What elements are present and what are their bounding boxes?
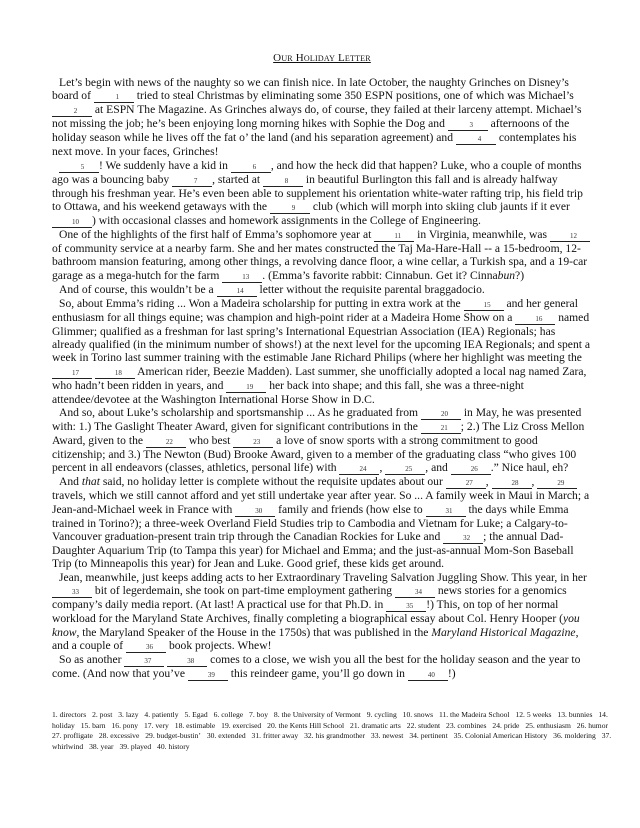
fill-in-blank-7: 7 bbox=[172, 177, 212, 187]
fill-in-blank-23: 23 bbox=[233, 438, 273, 448]
fill-in-blank-34: 34 bbox=[395, 588, 435, 598]
word-list-item: 12. 5 weeks bbox=[515, 710, 551, 719]
paragraph-text: And so, about Luke’s scholarship and spo… bbox=[59, 406, 421, 419]
paragraph-text: Jean, meanwhile, just keeps adding acts … bbox=[59, 571, 587, 584]
italic-text: bun bbox=[498, 269, 515, 282]
word-list-item: 3. lazy bbox=[118, 710, 138, 719]
word-list-item: 31. fritter away bbox=[252, 731, 299, 740]
fill-in-blank-1: 1 bbox=[94, 93, 134, 103]
word-list-item: 32. his grandmother bbox=[304, 731, 365, 740]
fill-in-blank-6: 6 bbox=[231, 163, 271, 173]
fill-in-blank-27: 27 bbox=[446, 479, 486, 489]
fill-in-blank-38: 38 bbox=[167, 657, 207, 667]
fill-in-blank-32: 32 bbox=[443, 534, 483, 544]
fill-in-blank-2: 2 bbox=[52, 107, 92, 117]
word-list-item: 10. snows bbox=[403, 710, 433, 719]
letter-paragraph: Jean, meanwhile, just keeps adding acts … bbox=[52, 571, 592, 653]
paragraph-text: family and friends (how else to bbox=[275, 503, 425, 516]
fill-in-blank-33: 33 bbox=[52, 588, 92, 598]
word-list-item: 2. post bbox=[92, 710, 112, 719]
word-list-item: 18. estimable bbox=[175, 721, 216, 730]
word-list-item: 30. extended bbox=[207, 731, 246, 740]
paragraph-text: And bbox=[59, 475, 82, 488]
fill-in-blank-15: 15 bbox=[464, 301, 504, 311]
fill-in-blank-21: 21 bbox=[421, 424, 461, 434]
word-list-item: 36. moldering bbox=[553, 731, 596, 740]
fill-in-blank-31: 31 bbox=[426, 507, 466, 517]
fill-in-blank-3: 3 bbox=[448, 121, 488, 131]
fill-in-blank-30: 30 bbox=[235, 507, 275, 517]
word-list-item: 11. the Madeira School bbox=[439, 710, 510, 719]
word-list-item: 26. humor bbox=[577, 721, 608, 730]
word-list-item: 29. budget-bustin’ bbox=[145, 731, 201, 740]
word-list-item: 6. college bbox=[214, 710, 244, 719]
paragraph-text: ?) bbox=[515, 269, 524, 282]
italic-text: Maryland Historical Magazine bbox=[431, 626, 575, 639]
word-list-item: 40. history bbox=[157, 742, 190, 751]
word-list-item: 8. the University of Vermont bbox=[274, 710, 361, 719]
fill-in-blank-29: 29 bbox=[537, 479, 577, 489]
word-list-item: 7. boy bbox=[249, 710, 268, 719]
paragraph-text: in Virginia, meanwhile, was bbox=[414, 228, 550, 241]
answer-word-list: 1. directors 2. post 3. lazy 4. patientl… bbox=[52, 710, 612, 752]
word-list-item: 38. year bbox=[89, 742, 113, 751]
letter-page: Our Holiday Letter Let’s begin with news… bbox=[52, 52, 592, 681]
fill-in-blank-25: 25 bbox=[385, 465, 425, 475]
letter-paragraph: 5! We suddenly have a kid in 6, and how … bbox=[52, 159, 592, 228]
word-list-item: 16. pony bbox=[111, 721, 138, 730]
word-list-item: 24. pride bbox=[492, 721, 519, 730]
fill-in-blank-8: 8 bbox=[263, 177, 303, 187]
paragraph-text: book projects. Whew! bbox=[166, 639, 271, 652]
word-list-item: 27. profligate bbox=[52, 731, 93, 740]
paragraph-text: .” Nice haul, eh? bbox=[491, 461, 569, 474]
paragraph-text: , started at bbox=[212, 173, 263, 186]
letter-paragraph: One of the highlights of the first half … bbox=[52, 228, 592, 283]
fill-in-blank-12: 12 bbox=[550, 232, 590, 242]
fill-in-blank-5: 5 bbox=[59, 163, 99, 173]
fill-in-blank-24: 24 bbox=[339, 465, 379, 475]
fill-in-blank-14: 14 bbox=[217, 287, 257, 297]
fill-in-blank-9: 9 bbox=[270, 204, 310, 214]
word-list-item: 33. newest bbox=[371, 731, 403, 740]
paragraph-text: , and bbox=[425, 461, 450, 474]
word-list-item: 9. cycling bbox=[367, 710, 397, 719]
letter-paragraph: So, about Emma’s riding ... Won a Madeir… bbox=[52, 297, 592, 406]
fill-in-blank-17: 17 bbox=[52, 369, 92, 379]
paragraph-text: letter without the requisite parental br… bbox=[257, 283, 485, 296]
fill-in-blank-26: 26 bbox=[451, 465, 491, 475]
word-list-item: 15. barn bbox=[81, 721, 106, 730]
paragraph-text: So, about Emma’s riding ... Won a Madeir… bbox=[59, 297, 464, 310]
fill-in-blank-36: 36 bbox=[126, 643, 166, 653]
word-list-item: 28. excessive bbox=[99, 731, 140, 740]
paragraph-text: said, no holiday letter is complete with… bbox=[100, 475, 446, 488]
fill-in-blank-11: 11 bbox=[374, 232, 414, 242]
letter-body: Let’s begin with news of the naughty so … bbox=[52, 76, 592, 681]
word-list-item: 1. directors bbox=[52, 710, 86, 719]
letter-paragraph: So as another 37 38 comes to a close, we… bbox=[52, 653, 592, 681]
fill-in-blank-22: 22 bbox=[146, 438, 186, 448]
word-list-item: 19. exercised bbox=[221, 721, 261, 730]
paragraph-text: . (Emma’s favorite rabbit: Cinnabun. Get… bbox=[262, 269, 497, 282]
paragraph-text: who best bbox=[186, 434, 233, 447]
fill-in-blank-16: 16 bbox=[515, 315, 555, 325]
letter-title-text: Our Holiday Letter bbox=[273, 52, 371, 64]
paragraph-text: ) with occasional classes and homework a… bbox=[92, 214, 481, 227]
fill-in-blank-10: 10 bbox=[52, 218, 92, 228]
fill-in-blank-37: 37 bbox=[124, 657, 164, 667]
paragraph-text: tried to steal Christmas by eliminating … bbox=[134, 89, 574, 102]
paragraph-text: ! We suddenly have a kid in bbox=[99, 159, 231, 172]
fill-in-blank-13: 13 bbox=[222, 273, 262, 283]
word-list-item: 34. pertinent bbox=[409, 731, 447, 740]
fill-in-blank-40: 40 bbox=[408, 671, 448, 681]
italic-text: that bbox=[82, 475, 100, 488]
paragraph-text: this reindeer game, you’ll go down in bbox=[228, 667, 408, 680]
word-list-item: 35. Colonial American History bbox=[454, 731, 548, 740]
paragraph-text: And of course, this wouldn’t be a bbox=[59, 283, 217, 296]
fill-in-blank-18: 18 bbox=[95, 369, 135, 379]
word-list-item: 20. the Kents Hill School bbox=[267, 721, 344, 730]
letter-paragraph: And so, about Luke’s scholarship and spo… bbox=[52, 406, 592, 475]
paragraph-text: bit of legerdemain, she took on part-tim… bbox=[92, 584, 395, 597]
fill-in-blank-19: 19 bbox=[226, 383, 266, 393]
paragraph-text: !) bbox=[448, 667, 456, 680]
word-list-item: 25. enthusiasm bbox=[525, 721, 571, 730]
word-list-item: 23. combines bbox=[446, 721, 487, 730]
word-list-item: 21. dramatic arts bbox=[350, 721, 401, 730]
word-list-item: 17. very bbox=[144, 721, 169, 730]
letter-paragraph: And that said, no holiday letter is comp… bbox=[52, 475, 592, 570]
paragraph-text: So as another bbox=[59, 653, 124, 666]
word-list-item: 22. student bbox=[407, 721, 440, 730]
fill-in-blank-20: 20 bbox=[421, 410, 461, 420]
word-list-item: 39. played bbox=[120, 742, 152, 751]
fill-in-blank-39: 39 bbox=[188, 671, 228, 681]
word-list-item: 5. Egad bbox=[184, 710, 207, 719]
word-list-item: 4. patiently bbox=[144, 710, 178, 719]
letter-paragraph: Let’s begin with news of the naughty so … bbox=[52, 76, 592, 159]
paragraph-text: club (which will morph into skiing club … bbox=[310, 200, 570, 213]
fill-in-blank-28: 28 bbox=[492, 479, 532, 489]
fill-in-blank-4: 4 bbox=[456, 135, 496, 145]
paragraph-text: One of the highlights of the first half … bbox=[59, 228, 374, 241]
fill-in-blank-35: 35 bbox=[386, 602, 426, 612]
letter-title: Our Holiday Letter bbox=[52, 52, 592, 64]
letter-paragraph: And of course, this wouldn’t be a 14 let… bbox=[52, 283, 592, 297]
paragraph-text: , the Maryland Speaker of the House in t… bbox=[76, 626, 431, 639]
word-list-item: 13. bunnies bbox=[557, 710, 592, 719]
